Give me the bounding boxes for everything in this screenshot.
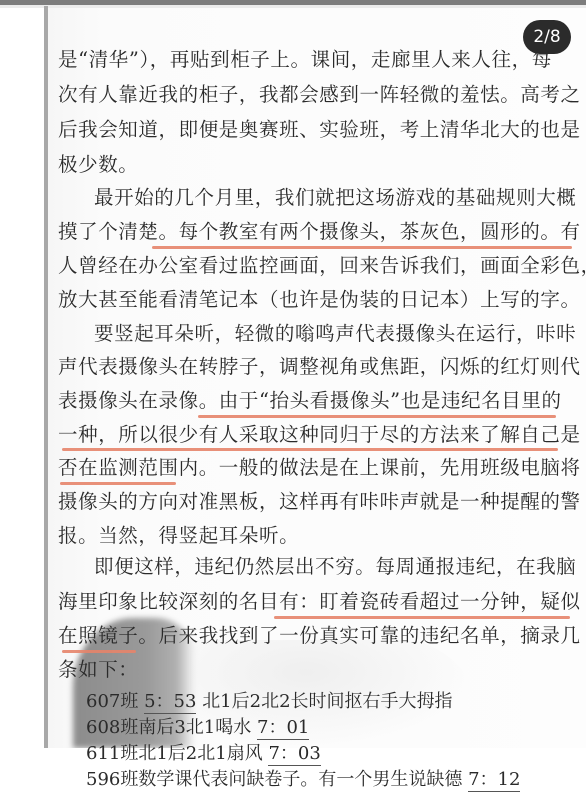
text-line: 放大甚至能看清笔记本（也许是伪装的日记本）上写的字。 [58, 288, 581, 312]
violation-item: 607班 5：53 北1后2北2长时间抠右手大拇指 [86, 690, 453, 714]
text-line: 要竖起耳朵听，轻微的嗡鸣声代表摄像头在运行，咔咔 [94, 322, 576, 346]
text-line: 否在监测范围内。一般的做法是在上课前，先用班级电脑将 [58, 456, 581, 480]
text-line: 最开始的几个月里，我们就把这场游戏的基础规则大概 [94, 186, 576, 210]
highlight-underline [62, 448, 558, 451]
text-line: 即便这样，违纪仍然层出不穷。每周通报违纪，在我脑 [94, 555, 576, 579]
violation-time: 7：03 [268, 743, 320, 766]
violation-time: 7：01 [257, 717, 309, 740]
violation-item: 611班北1后2北1扇风 7：03 [86, 742, 321, 766]
text-line: 极少数。 [58, 153, 138, 177]
violation-detail: 北1后2北1扇风 [138, 743, 262, 764]
text-line: 摄像头的方向对准黑板，这样再有咔咔声就是一种提醒的警 [58, 490, 581, 514]
violation-item: 596班数学课代表问缺卷子。有一个男生说缺德 7：12 [86, 768, 520, 792]
violation-detail: 南后3北1喝水 [138, 717, 251, 738]
text-line: 次有人靠近我的柜子，我都会感到一阵轻微的羞怯。高考之 [58, 83, 581, 107]
violation-class: 596班 [86, 769, 138, 790]
violation-class: 611班 [86, 743, 138, 764]
text-line: 是“清华”），再贴到柜子上。课间，走廊里人来人往，每 [58, 48, 552, 72]
left-margin [0, 8, 44, 800]
text-line: 在照镜子。后来我找到了一份真实可靠的违纪名单，摘录几 [58, 624, 581, 648]
highlight-underline [62, 650, 136, 653]
violation-time: 5：53 [144, 691, 196, 714]
violation-class: 607班 [86, 691, 138, 712]
text-line: 人曾经在办公室看过监控画面，回来告诉我们，画面全彩色， [58, 254, 586, 278]
text-line: 条如下： [58, 658, 138, 682]
highlight-underline [198, 415, 556, 418]
violation-item: 608班南后3北1喝水 7：01 [86, 716, 309, 740]
text-line: 后我会知道，即便是奥赛班、实验班，考上清华北大的也是 [58, 118, 581, 142]
text-line: 表摄像头在录像。由于“抬头看摄像头”也是违纪名目里的 [58, 389, 562, 413]
text-line: 一种，所以很少有人采取这种同归于尽的方法来了解自己是 [58, 423, 581, 447]
highlight-underline [152, 246, 572, 249]
text-line: 摸了个清楚。每个教室有两个摄像头，茶灰色，圆形的。有 [58, 220, 581, 244]
violation-class: 608班 [86, 717, 138, 738]
violation-detail: 数学课代表问缺卷子。有一个男生说缺德 [138, 769, 462, 790]
highlight-underline [60, 482, 176, 485]
text-line: 声代表摄像头在转脖子，调整视角或焦距，闪烁的红灯则代 [58, 355, 581, 379]
text-line: 海里印象比较深刻的名目有：盯着瓷砖看超过一分钟，疑似 [58, 590, 581, 614]
violation-time: 7：12 [468, 769, 520, 792]
highlight-underline [274, 616, 570, 619]
violation-detail: 北1后2北2长时间抠右手大拇指 [202, 691, 452, 712]
text-line: 报。当然，得竖起耳朵听。 [58, 524, 299, 548]
